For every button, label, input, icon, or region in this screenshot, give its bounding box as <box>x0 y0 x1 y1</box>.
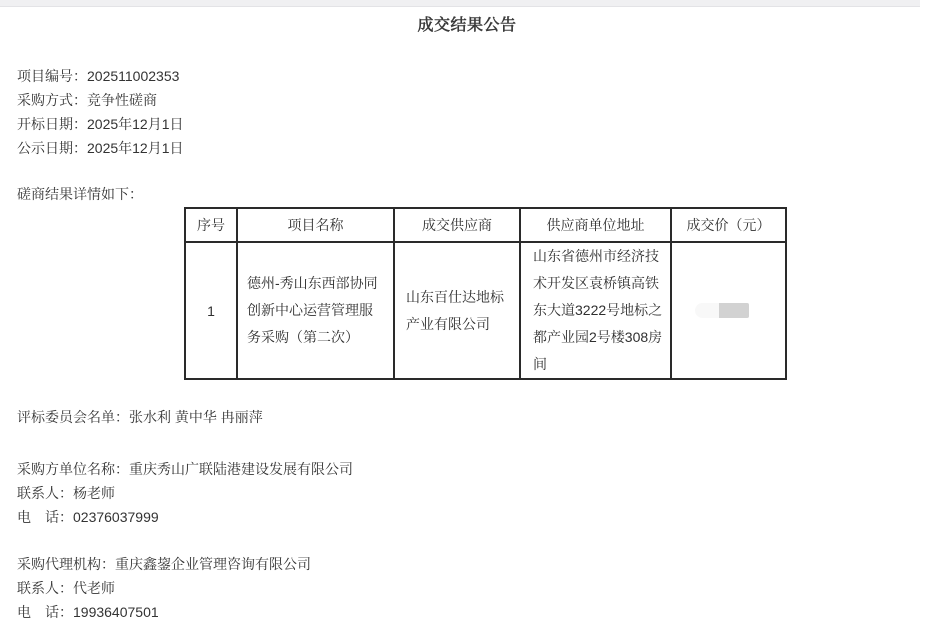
header-seq: 序号 <box>185 208 237 242</box>
bid-opening-date-value: 2025年12月1日 <box>87 116 184 132</box>
procurement-method-line: 采购方式：竞争性磋商 <box>17 88 184 112</box>
purchaser-contact-line: 联系人：杨老师 <box>17 481 353 505</box>
purchaser-contact-value: 杨老师 <box>73 485 115 501</box>
purchaser-block: 采购方单位名称：重庆秀山广联陆港建设发展有限公司 联系人：杨老师 电 话：023… <box>17 457 353 529</box>
agency-contact-value: 代老师 <box>73 580 115 596</box>
announcement-page: 成交结果公告 项目编号：202511002353 采购方式：竞争性磋商 开标日期… <box>0 0 934 622</box>
header-price: 成交价（元） <box>671 208 786 242</box>
result-intro-text: 磋商结果详情如下： <box>17 184 143 204</box>
page-title: 成交结果公告 <box>0 12 934 35</box>
header-project-name: 项目名称 <box>237 208 394 242</box>
header-supplier-address: 供应商单位地址 <box>520 208 671 242</box>
meta-block: 项目编号：202511002353 采购方式：竞争性磋商 开标日期：2025年1… <box>17 64 184 160</box>
cell-supplier-address: 山东省德州市经济技术开发区袁桥镇高铁东大道3222号地标之都产业园2号楼308房… <box>520 242 671 379</box>
header-supplier: 成交供应商 <box>394 208 520 242</box>
bid-opening-date-label: 开标日期： <box>17 116 87 132</box>
cell-price <box>671 242 786 379</box>
result-table: 序号 项目名称 成交供应商 供应商单位地址 成交价（元） 1 德州-秀山东西部协… <box>184 207 787 380</box>
publicity-date-label: 公示日期： <box>17 140 87 156</box>
procurement-method-value: 竞争性磋商 <box>87 92 157 108</box>
agency-contact-label: 联系人： <box>17 580 73 596</box>
agency-contact-line: 联系人：代老师 <box>17 576 311 600</box>
committee-label: 评标委员会名单： <box>17 409 129 425</box>
project-number-value: 202511002353 <box>87 68 179 84</box>
cell-seq: 1 <box>185 242 237 379</box>
purchaser-phone-value: 02376037999 <box>73 509 159 525</box>
project-number-label: 项目编号： <box>17 68 87 84</box>
agency-name-line: 采购代理机构：重庆鑫鋆企业管理咨询有限公司 <box>17 552 311 576</box>
purchaser-name-label: 采购方单位名称： <box>17 461 129 477</box>
cell-supplier: 山东百仕达地标产业有限公司 <box>394 242 520 379</box>
purchaser-name-line: 采购方单位名称：重庆秀山广联陆港建设发展有限公司 <box>17 457 353 481</box>
agency-phone-label: 电 话： <box>17 604 73 620</box>
publicity-date-line: 公示日期：2025年12月1日 <box>17 136 184 160</box>
procurement-method-label: 采购方式： <box>17 92 87 108</box>
top-divider-bar <box>0 0 920 7</box>
cell-project-name: 德州-秀山东西部协同创新中心运营管理服务采购（第二次） <box>237 242 394 379</box>
agency-phone-value: 19936407501 <box>73 604 159 620</box>
committee-line: 评标委员会名单：张水利 黄中华 冉丽萍 <box>17 407 263 427</box>
redacted-price-blob <box>695 303 749 318</box>
project-number-line: 项目编号：202511002353 <box>17 64 184 88</box>
agency-name-value: 重庆鑫鋆企业管理咨询有限公司 <box>115 556 311 572</box>
committee-value: 张水利 黄中华 冉丽萍 <box>129 409 263 425</box>
agency-block: 采购代理机构：重庆鑫鋆企业管理咨询有限公司 联系人：代老师 电 话：199364… <box>17 552 311 622</box>
agency-phone-line: 电 话：19936407501 <box>17 600 311 622</box>
agency-name-label: 采购代理机构： <box>17 556 115 572</box>
purchaser-phone-label: 电 话： <box>17 509 73 525</box>
purchaser-name-value: 重庆秀山广联陆港建设发展有限公司 <box>129 461 353 477</box>
publicity-date-value: 2025年12月1日 <box>87 140 184 156</box>
table-header-row: 序号 项目名称 成交供应商 供应商单位地址 成交价（元） <box>185 208 786 242</box>
bid-opening-date-line: 开标日期：2025年12月1日 <box>17 112 184 136</box>
purchaser-contact-label: 联系人： <box>17 485 73 501</box>
purchaser-phone-line: 电 话：02376037999 <box>17 505 353 529</box>
table-row: 1 德州-秀山东西部协同创新中心运营管理服务采购（第二次） 山东百仕达地标产业有… <box>185 242 786 379</box>
